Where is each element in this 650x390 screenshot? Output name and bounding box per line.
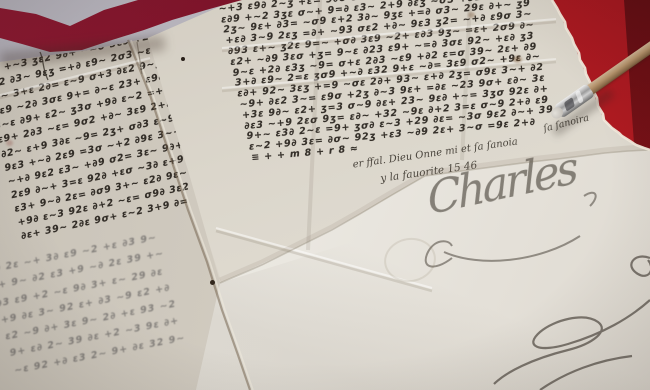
ink-stain <box>513 56 522 63</box>
ink-stain <box>468 12 475 18</box>
photo-cipher-letter: ∂9ε +∼3 ʒε2 9∂+ ∼=σ 3ε9 +2∂ε+2 ∂3∼ 9εʒ =… <box>0 0 650 390</box>
paper-hole <box>210 280 215 285</box>
wax-stain <box>6 140 13 146</box>
paper-hole <box>181 57 185 61</box>
